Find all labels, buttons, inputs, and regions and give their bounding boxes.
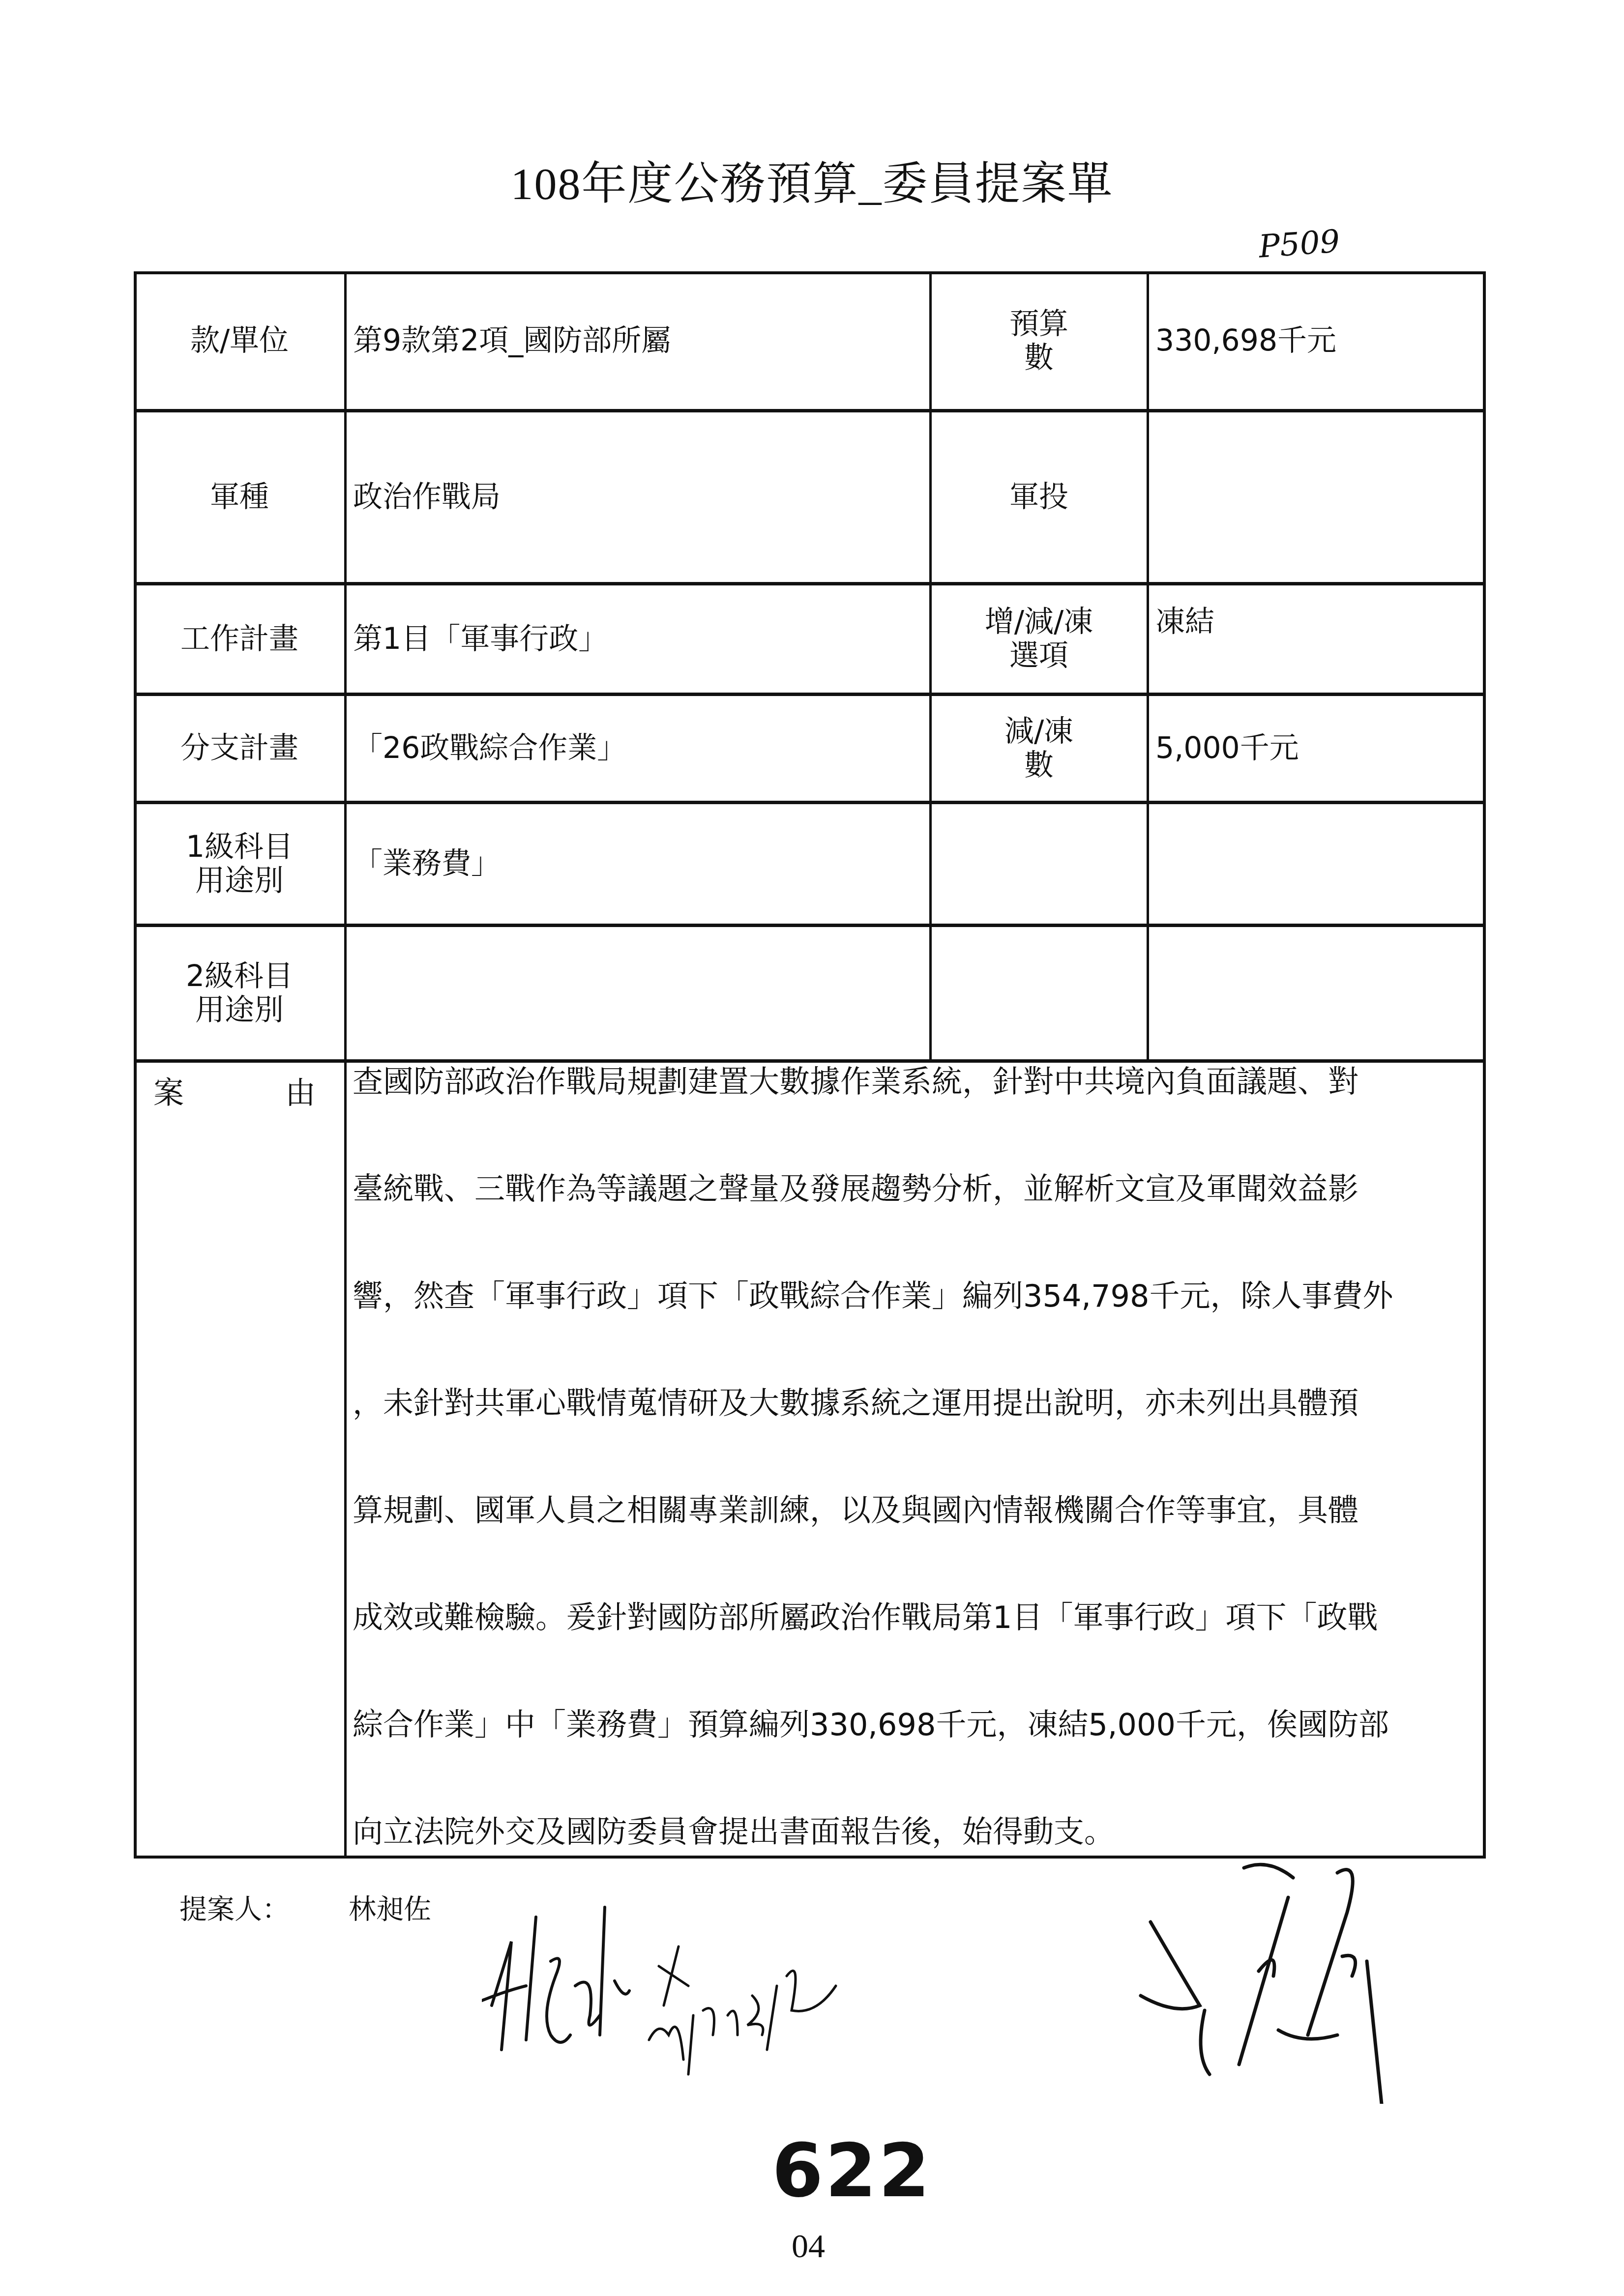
proposer-line: 提案人： 林昶佐 <box>179 1888 431 1927</box>
row-divider <box>134 693 1486 696</box>
proposer-label: 提案人： <box>179 1888 290 1927</box>
proposer-name: 林昶佐 <box>349 1888 431 1927</box>
label-budget-amount: 預算數 <box>931 271 1147 410</box>
label-sub-plan: 分支計畫 <box>134 696 345 801</box>
handwritten-page-number: 622 <box>772 2128 932 2214</box>
label-empty <box>931 804 1147 924</box>
label-unit: 款/單位 <box>134 271 345 410</box>
page-number: 04 <box>792 2227 825 2266</box>
value-action-option: 凍結 <box>1149 585 1483 693</box>
value-budget-amount: 330,698千元 <box>1149 271 1483 410</box>
value-level1-item: 「業務費」 <box>346 804 929 924</box>
value-empty <box>1149 804 1483 924</box>
reason-line: ，未針對共軍心戰情蒐情研及大數據系統之運用提出說明，亦未列出具體預 <box>353 1350 1483 1457</box>
row-divider <box>134 924 1486 927</box>
document-title: 108年度公務預算_委員提案單 <box>0 147 1624 212</box>
reason-section: 案 由 查國防部政治作戰局規劃建置大數據作業系統，針對中共境內負面議題、對 臺統… <box>134 1063 1486 1859</box>
value-sub-plan: 「26政戰綜合作業」 <box>346 696 929 801</box>
handwritten-signature-1 <box>482 1888 1023 2084</box>
reason-line: 查國防部政治作戰局規劃建置大數據作業系統，針對中共境內負面議題、對 <box>353 1028 1483 1135</box>
reason-line: 算規劃、國軍人員之相關專業訓練，以及與國內情報機關合作等事宜，具體 <box>353 1457 1483 1564</box>
label-action-option: 增/減/凍選項 <box>931 585 1147 693</box>
label-reason: 案 由 <box>153 1069 316 1112</box>
reason-line: 響，然查「軍事行政」項下「政戰綜合作業」編列354,798千元，除人事費外 <box>353 1243 1483 1350</box>
reason-line: 綜合作業」中「業務費」預算編列330,698千元，凍結5,000千元，俟國防部 <box>353 1671 1483 1778</box>
row-divider <box>134 801 1486 804</box>
label-reduce-freeze-amount: 減/凍數 <box>931 696 1147 801</box>
label-military-investment: 軍投 <box>931 412 1147 582</box>
value-unit: 第9款第2項_國防部所屬 <box>346 271 929 410</box>
label-level2-item: 2級科目用途別 <box>134 927 345 1060</box>
value-military-investment <box>1149 412 1483 582</box>
label-service: 軍種 <box>134 412 345 582</box>
reason-text: 查國防部政治作戰局規劃建置大數據作業系統，針對中共境內負面議題、對 臺統戰、三戰… <box>353 1028 1483 1886</box>
handwritten-reference: P509 <box>1258 223 1341 265</box>
label-level1-item: 1級科目用途別 <box>134 804 345 924</box>
value-reduce-freeze-amount: 5,000千元 <box>1149 696 1483 801</box>
label-work-plan: 工作計畫 <box>134 585 345 693</box>
reason-line: 成效或難檢驗。爰針對國防部所屬政治作戰局第1目「軍事行政」項下「政戰 <box>353 1564 1483 1671</box>
reason-line: 臺統戰、三戰作為等議題之聲量及發展趨勢分析，並解析文宣及軍聞效益影 <box>353 1135 1483 1243</box>
value-work-plan: 第1目「軍事行政」 <box>346 585 929 693</box>
value-service: 政治作戰局 <box>346 412 929 582</box>
row-divider <box>134 582 1486 585</box>
handwritten-signature-2 <box>1131 1848 1475 2104</box>
